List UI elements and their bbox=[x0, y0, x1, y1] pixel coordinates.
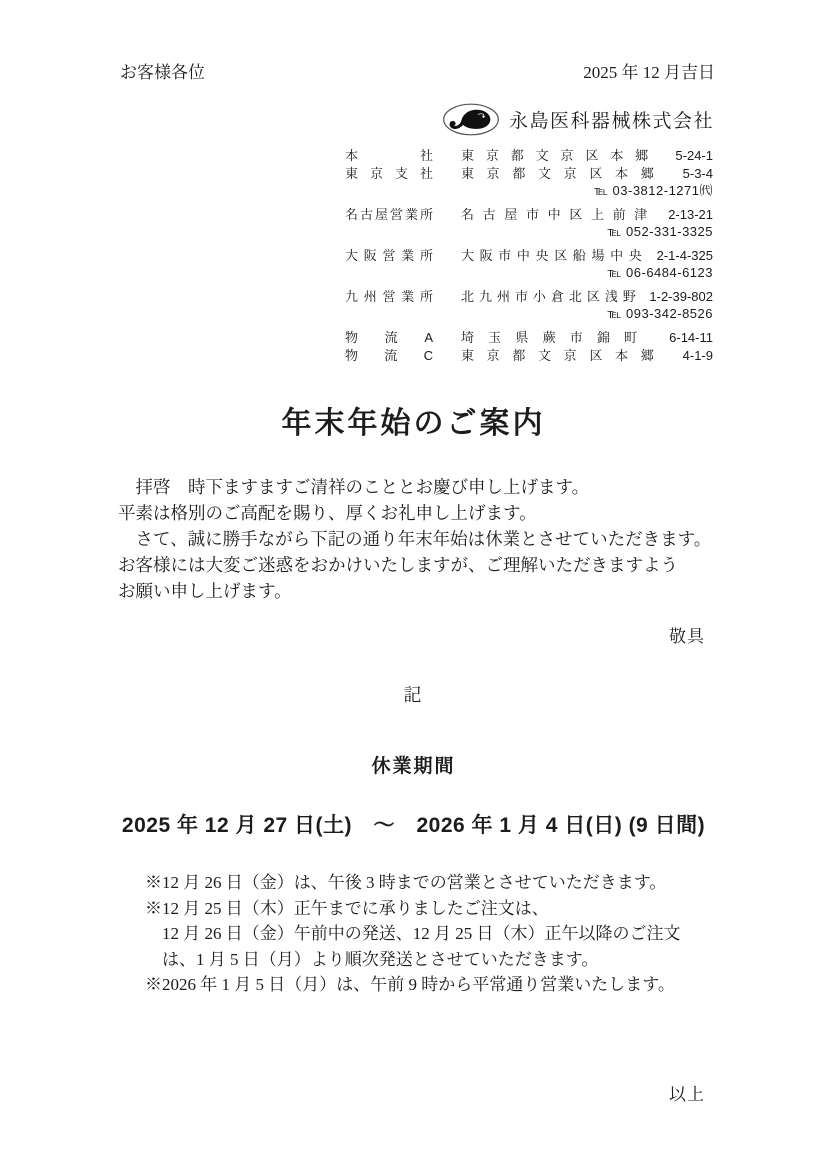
document-date: 2025 年 12 月吉日 bbox=[583, 58, 715, 83]
office-address: 名古屋市中区上前津 2-13-21 bbox=[461, 206, 713, 224]
document-header: お客様各位 2025 年 12 月吉日 bbox=[120, 58, 715, 83]
office-address: 東京都文京区本郷 5-24-1 bbox=[461, 147, 713, 165]
page-title: 年末年始のご案内 bbox=[0, 398, 827, 442]
note-line: ※12 月 25 日（木）正午までに承りましたご注文は、 bbox=[145, 896, 720, 922]
office-address: 北九州市小倉北区浅野 1-2-39-802 bbox=[461, 288, 713, 306]
office-address: 東京都文京区本郷 4-1-9 bbox=[461, 347, 713, 365]
office-tel: ℡ 093-342-8526 bbox=[345, 306, 713, 322]
note-line: は、1 月 5 日（月）より順次発送とさせていただきます。 bbox=[145, 947, 720, 973]
body-line: 拝啓 時下ますますご清祥のこととお慶び申し上げます。 bbox=[118, 474, 714, 500]
office-tel: ℡ 052-331-3325 bbox=[345, 224, 713, 240]
office-address: 東京都文京区本郷 5-3-4 bbox=[461, 165, 713, 183]
recipient-line: お客様各位 bbox=[120, 58, 205, 83]
body-line: お客様には大変ご迷惑をおかけいたしますが、ご理解いただきますよう bbox=[118, 552, 714, 578]
note-line: ※2026 年 1 月 5 日（月）は、午前 9 時から平常通り営業いたします。 bbox=[145, 972, 720, 998]
office-label: 物流C bbox=[345, 347, 433, 365]
office-label: 九州営業所 bbox=[345, 288, 433, 306]
office-address-block: 本社 東京都文京区本郷 5-24-1 東京支社 東京都文京区本郷 5-3-4 ℡… bbox=[345, 147, 713, 365]
office-tel: ℡ 03-3812-1271㈹ bbox=[345, 183, 713, 199]
company-name: 永島医科器械株式会社 bbox=[509, 106, 714, 133]
office-label: 大阪営業所 bbox=[345, 247, 433, 265]
office-row-honsha: 本社 東京都文京区本郷 5-24-1 bbox=[345, 147, 713, 165]
office-label: 名古屋営業所 bbox=[345, 206, 433, 224]
end-marker-ijo: 以上 bbox=[669, 1080, 705, 1105]
holiday-notice-document: お客様各位 2025 年 12 月吉日 永島医科器械株式会社 本社 東京都文京区… bbox=[0, 0, 827, 1169]
office-label: 物流A bbox=[345, 329, 433, 347]
office-address: 埼玉県蕨市錦町 6-14-11 bbox=[461, 329, 713, 347]
note-line: 12 月 26 日（金）午前中の発送、12 月 25 日（木）正午以降のご注文 bbox=[145, 921, 720, 947]
office-address: 大阪市中央区船場中央 2-1-4-325 bbox=[461, 247, 713, 265]
office-row-tokyo: 東京支社 東京都文京区本郷 5-3-4 bbox=[345, 165, 713, 183]
office-row-kyushu: 九州営業所 北九州市小倉北区浅野 1-2-39-802 bbox=[345, 288, 713, 306]
body-line: お願い申し上げます。 bbox=[118, 578, 714, 604]
holiday-period-dates: 2025 年 12 月 27 日(土) ～ 2026 年 1 月 4 日(日) … bbox=[0, 809, 827, 839]
office-label: 本社 bbox=[345, 147, 433, 165]
body-line: さて、誠に勝手ながら下記の通り年末年始は休業とさせていただきます。 bbox=[118, 526, 714, 552]
note-line: ※12 月 26 日（金）は、午後 3 時までの営業とさせていただきます。 bbox=[145, 870, 720, 896]
office-row-osaka: 大阪営業所 大阪市中央区船場中央 2-1-4-325 bbox=[345, 247, 713, 265]
company-logo-icon bbox=[442, 101, 500, 138]
office-label: 東京支社 bbox=[345, 165, 433, 183]
ki-marker: 記 bbox=[0, 681, 827, 707]
closing-keigu: 敬具 bbox=[669, 622, 705, 647]
company-block: 永島医科器械株式会社 bbox=[442, 101, 714, 138]
notes-block: ※12 月 26 日（金）は、午後 3 時までの営業とさせていただきます。 ※1… bbox=[145, 870, 720, 998]
office-row-butsuryu-a: 物流A 埼玉県蕨市錦町 6-14-11 bbox=[345, 329, 713, 347]
office-tel: ℡ 06-6484-6123 bbox=[345, 265, 713, 281]
body-text: 拝啓 時下ますますご清祥のこととお慶び申し上げます。 平素は格別のご高配を賜り、… bbox=[118, 474, 714, 604]
office-row-nagoya: 名古屋営業所 名古屋市中区上前津 2-13-21 bbox=[345, 206, 713, 224]
office-row-butsuryu-c: 物流C 東京都文京区本郷 4-1-9 bbox=[345, 347, 713, 365]
holiday-period-heading: 休業期間 bbox=[0, 751, 827, 778]
body-line: 平素は格別のご高配を賜り、厚くお礼申し上げます。 bbox=[118, 500, 714, 526]
